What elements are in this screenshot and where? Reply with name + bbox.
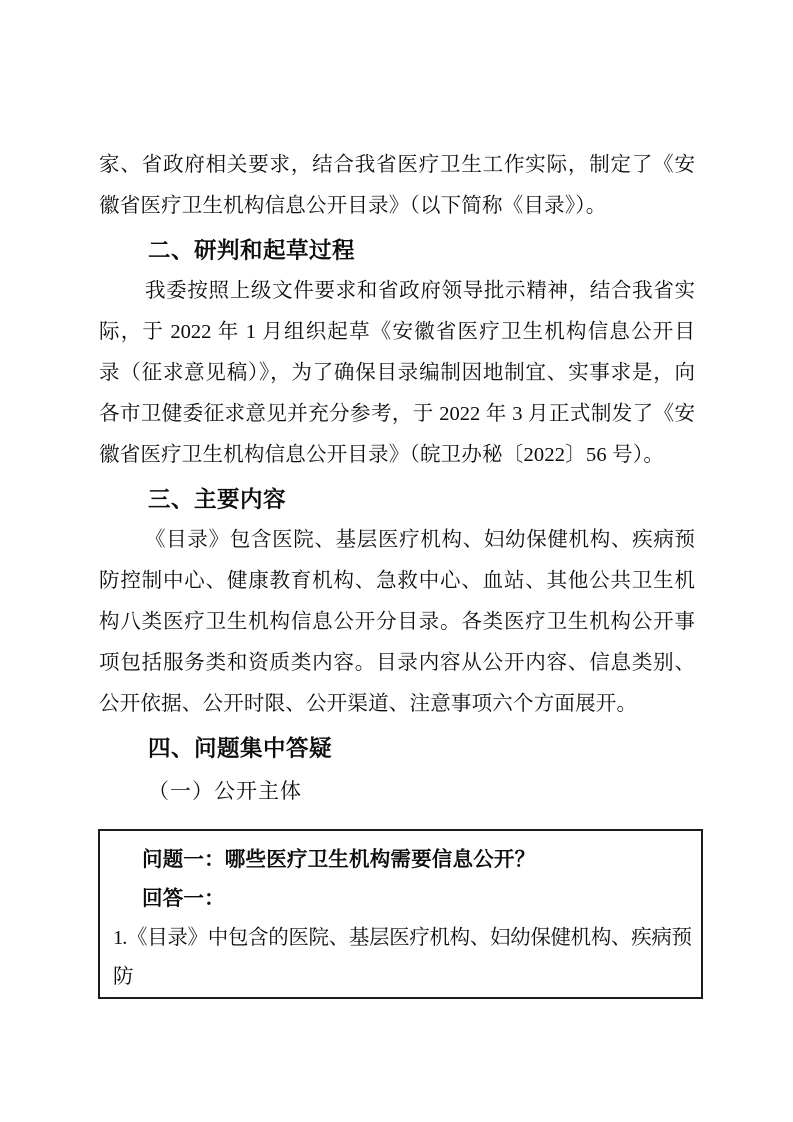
document-body: 家、省政府相关要求，结合我省医疗卫生工作实际，制定了《安 徽省医疗卫生机构信息公…: [99, 145, 695, 999]
paragraph-2-line-5: 徽省医疗卫生机构信息公开目录》（皖卫办秘〔2022〕56 号）。: [99, 435, 695, 476]
section-heading-3: 三、主要内容: [99, 479, 695, 520]
paragraph-1-line-2: 徽省医疗卫生机构信息公开目录》（以下简称《目录》）。: [99, 186, 695, 227]
paragraph-2-line-1: 我委按照上级文件要求和省政府领导批示精神，结合我省实: [99, 271, 695, 312]
section-heading-2: 二、研判和起草过程: [99, 230, 695, 271]
document-page: 家、省政府相关要求，结合我省医疗卫生工作实际，制定了《安 徽省医疗卫生机构信息公…: [0, 0, 793, 1122]
paragraph-3-line-4: 项包括服务类和资质类内容。目录内容从公开内容、信息类别、: [99, 643, 695, 684]
qa-question-1: 问题一：哪些医疗卫生机构需要信息公开？: [100, 841, 697, 880]
paragraph-3-line-1: 《目录》包含医院、基层医疗机构、妇幼保健机构、疾病预: [99, 520, 695, 561]
paragraph-3-line-5: 公开依据、公开时限、公开渠道、注意事项六个方面展开。: [99, 684, 695, 725]
paragraph-2-line-3: 录（征求意见稿）》，为了确保目录编制因地制宜、实事求是，向: [99, 353, 695, 394]
paragraph-1-line-1: 家、省政府相关要求，结合我省医疗卫生工作实际，制定了《安: [99, 145, 695, 186]
section-heading-4: 四、问题集中答疑: [99, 728, 695, 769]
paragraph-2-line-4: 各市卫健委征求意见并充分参考，于 2022 年 3 月正式制发了《安: [99, 394, 695, 435]
paragraph-3-line-2: 防控制中心、健康教育机构、急救中心、血站、其他公共卫生机: [99, 561, 695, 602]
qa-answer-1-line-1: 1.《目录》中包含的医院、基层医疗机构、妇幼保健机构、疾病预防: [100, 919, 697, 997]
sub-section-heading-1: （一）公开主体: [99, 771, 695, 812]
qa-box: 问题一：哪些医疗卫生机构需要信息公开？ 回答一： 1.《目录》中包含的医院、基层…: [98, 829, 703, 999]
qa-answer-label-1: 回答一：: [100, 880, 697, 919]
paragraph-2-line-2: 际，于 2022 年 1 月组织起草《安徽省医疗卫生机构信息公开目: [99, 312, 695, 353]
paragraph-3-line-3: 构八类医疗卫生机构信息公开分目录。各类医疗卫生机构公开事: [99, 602, 695, 643]
